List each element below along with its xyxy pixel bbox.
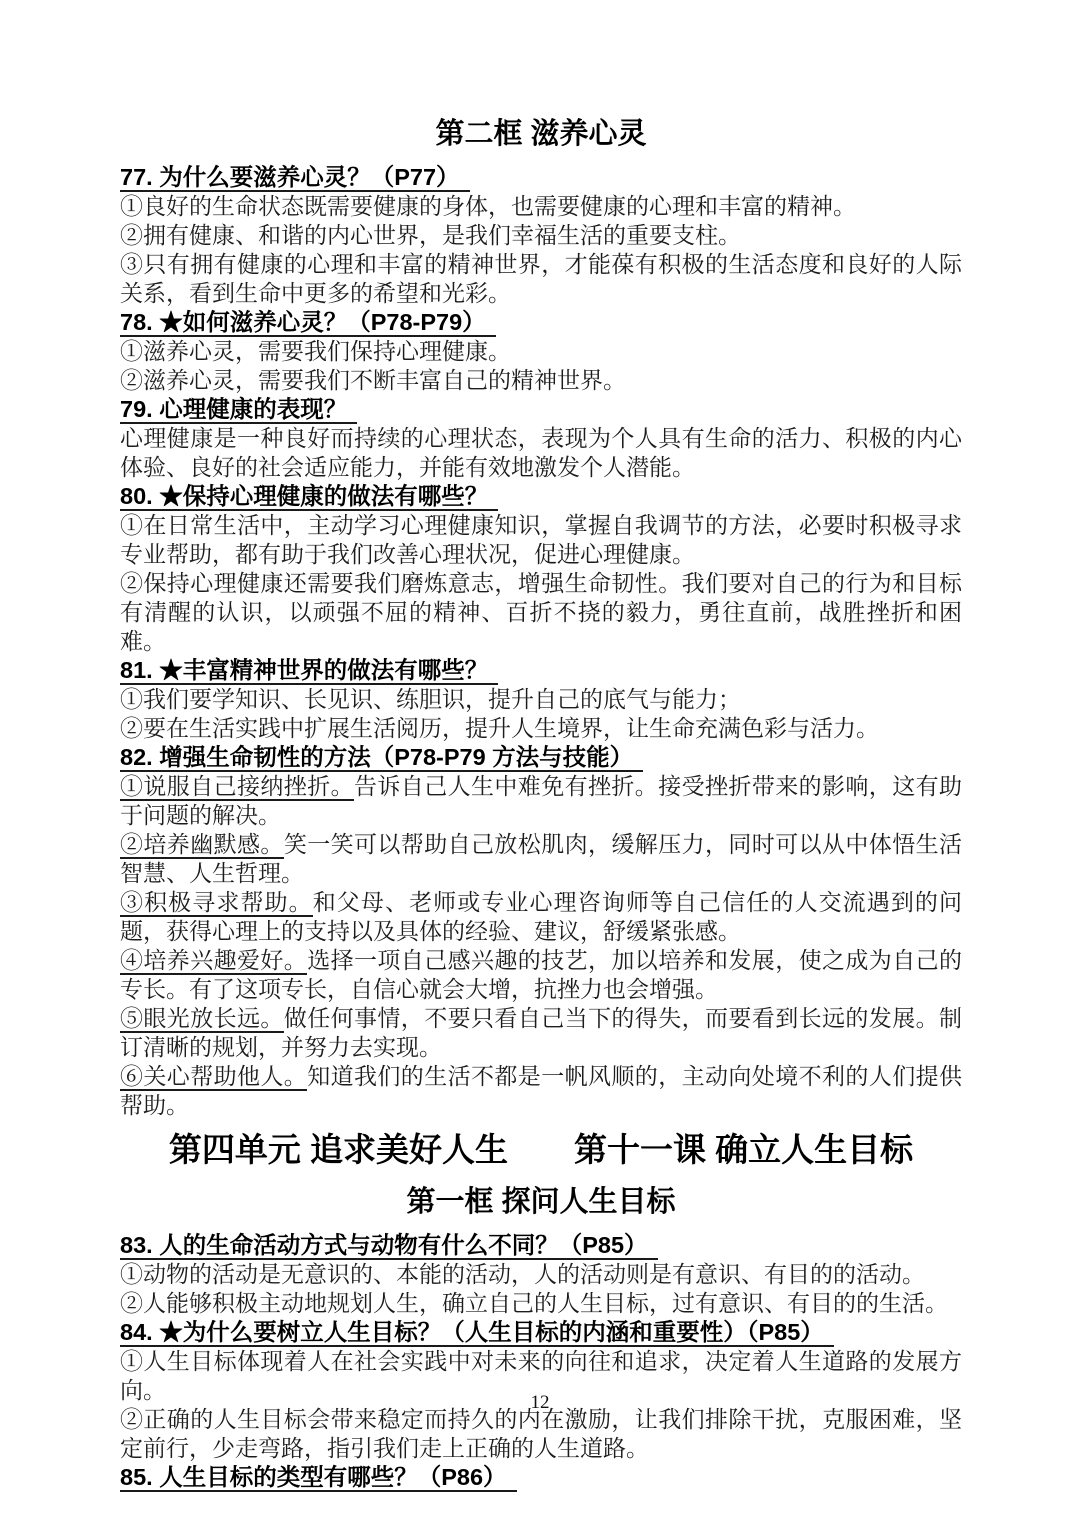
question-heading: 80. ★保持心理健康的做法有哪些？ (120, 482, 962, 511)
paragraph-text: ②拥有健康、和谐的内心世界，是我们幸福生活的重要支柱。 (120, 223, 741, 248)
question-heading: 77. 为什么要滋养心灵？（P77） (120, 163, 962, 192)
paragraph-text: ①我们要学知识、长见识、练胆识，提升自己的底气与能力； (120, 687, 741, 712)
paragraph: ①在日常生活中，主动学习心理健康知识，掌握自我调节的方法，必要时积极寻求专业帮助… (120, 511, 962, 569)
question-heading: 85. 人生目标的类型有哪些？（P86） (120, 1463, 962, 1492)
paragraph: ⑤眼光放长远。做任何事情，不要只看自己当下的得失，而要看到长远的发展。制订清晰的… (120, 1004, 962, 1062)
paragraph-text: ②人能够积极主动地规划人生，确立自己的人生目标，过有意识、有目的的生活。 (120, 1291, 948, 1316)
frame-title: 第二框 滋养心灵 (120, 114, 962, 154)
question-text: 79. 心理健康的表现？ (120, 396, 357, 424)
question-text: 84. ★为什么要树立人生目标？（人生目标的内涵和重要性）（P85） (120, 1319, 834, 1347)
paragraph: ③只有拥有健康的心理和丰富的精神世界，才能葆有积极的生活态度和良好的人际关系，看… (120, 250, 962, 308)
question-text: 80. ★保持心理健康的做法有哪些？ (120, 483, 498, 511)
paragraph-text: ②保持心理健康还需要我们磨炼意志，增强生命韧性。我们要对自己的行为和目标有清醒的… (120, 571, 962, 654)
paragraph: ②拥有健康、和谐的内心世界，是我们幸福生活的重要支柱。 (120, 221, 962, 250)
question-heading: 84. ★为什么要树立人生目标？（人生目标的内涵和重要性）（P85） (120, 1318, 962, 1347)
paragraph-text: ②要在生活实践中扩展生活阅历，提升人生境界，让生命充满色彩与活力。 (120, 716, 879, 741)
document-page: 第二框 滋养心灵77. 为什么要滋养心灵？（P77）①良好的生命状态既需要健康的… (0, 0, 1080, 1530)
paragraph-text: ①在日常生活中，主动学习心理健康知识，掌握自我调节的方法，必要时积极寻求专业帮助… (120, 513, 962, 567)
paragraph-text: ①滋养心灵，需要我们保持心理健康。 (120, 339, 511, 364)
paragraph-text: ①动物的活动是无意识的、本能的活动，人的活动则是有意识、有目的的活动。 (120, 1262, 925, 1287)
method-lead-text: ⑥关心帮助他人。 (120, 1064, 307, 1091)
page-number: 12 (0, 1392, 1080, 1414)
paragraph: ①动物的活动是无意识的、本能的活动，人的活动则是有意识、有目的的活动。 (120, 1260, 962, 1289)
paragraph-text: ①良好的生命状态既需要健康的身体，也需要健康的心理和丰富的精神。 (120, 194, 856, 219)
question-heading: 79. 心理健康的表现？ (120, 395, 962, 424)
unit-title: 第四单元 追求美好人生 第十一课 确立人生目标 (120, 1128, 962, 1172)
paragraph: ①良好的生命状态既需要健康的身体，也需要健康的心理和丰富的精神。 (120, 192, 962, 221)
question-text: 77. 为什么要滋养心灵？（P77） (120, 164, 470, 192)
paragraph: 心理健康是一种良好而持续的心理状态，表现为个人具有生命的活力、积极的内心体验、良… (120, 424, 962, 482)
method-lead-text: ①说服自己接纳挫折。 (120, 774, 354, 801)
paragraph: ②培养幽默感。笑一笑可以帮助自己放松肌肉，缓解压力，同时可以从中体悟生活智慧、人… (120, 830, 962, 888)
question-heading: 83. 人的生命活动方式与动物有什么不同？（P85） (120, 1231, 962, 1260)
question-text: 82. 增强生命韧性的方法（P78-P79 方法与技能） (120, 744, 643, 772)
paragraph: ②人能够积极主动地规划人生，确立自己的人生目标，过有意识、有目的的生活。 (120, 1289, 962, 1318)
paragraph: ③积极寻求帮助。和父母、老师或专业心理咨询师等自己信任的人交流遇到的问题，获得心… (120, 888, 962, 946)
paragraph: ①我们要学知识、长见识、练胆识，提升自己的底气与能力； (120, 685, 962, 714)
method-lead-text: ③积极寻求帮助。 (120, 890, 313, 917)
question-heading: 78. ★如何滋养心灵？（P78-P79） (120, 308, 962, 337)
paragraph: ⑥关心帮助他人。知道我们的生活不都是一帆风顺的，主动向处境不利的人们提供帮助。 (120, 1062, 962, 1120)
paragraph: ①说服自己接纳挫折。告诉自己人生中难免有挫折。接受挫折带来的影响，这有助于问题的… (120, 772, 962, 830)
question-text: 81. ★丰富精神世界的做法有哪些？ (120, 657, 498, 685)
paragraph: ②要在生活实践中扩展生活阅历，提升人生境界，让生命充满色彩与活力。 (120, 714, 962, 743)
question-heading: 82. 增强生命韧性的方法（P78-P79 方法与技能） (120, 743, 962, 772)
method-lead-text: ④培养兴趣爱好。 (120, 948, 307, 975)
paragraph: ②滋养心灵，需要我们不断丰富自己的精神世界。 (120, 366, 962, 395)
paragraph: ②保持心理健康还需要我们磨炼意志，增强生命韧性。我们要对自己的行为和目标有清醒的… (120, 569, 962, 656)
paragraph-text: 心理健康是一种良好而持续的心理状态，表现为个人具有生命的活力、积极的内心体验、良… (120, 426, 962, 480)
document-body: 第二框 滋养心灵77. 为什么要滋养心灵？（P77）①良好的生命状态既需要健康的… (120, 114, 962, 1492)
frame-title: 第一框 探问人生目标 (120, 1182, 962, 1222)
question-heading: 81. ★丰富精神世界的做法有哪些？ (120, 656, 962, 685)
question-text: 85. 人生目标的类型有哪些？（P86） (120, 1464, 517, 1492)
paragraph: ①滋养心灵，需要我们保持心理健康。 (120, 337, 962, 366)
paragraph-text: ②正确的人生目标会带来稳定而持久的内在激励，让我们排除干扰，克服困难，坚定前行，… (120, 1407, 962, 1461)
paragraph-text: ③只有拥有健康的心理和丰富的精神世界，才能葆有积极的生活态度和良好的人际关系，看… (120, 252, 962, 306)
paragraph: ④培养兴趣爱好。选择一项自己感兴趣的技艺，加以培养和发展，使之成为自己的专长。有… (120, 946, 962, 1004)
method-lead-text: ⑤眼光放长远。 (120, 1006, 284, 1033)
question-text: 78. ★如何滋养心灵？（P78-P79） (120, 309, 496, 337)
paragraph-text: ②滋养心灵，需要我们不断丰富自己的精神世界。 (120, 368, 626, 393)
question-text: 83. 人的生命活动方式与动物有什么不同？（P85） (120, 1232, 658, 1260)
method-lead-text: ②培养幽默感。 (120, 832, 284, 859)
